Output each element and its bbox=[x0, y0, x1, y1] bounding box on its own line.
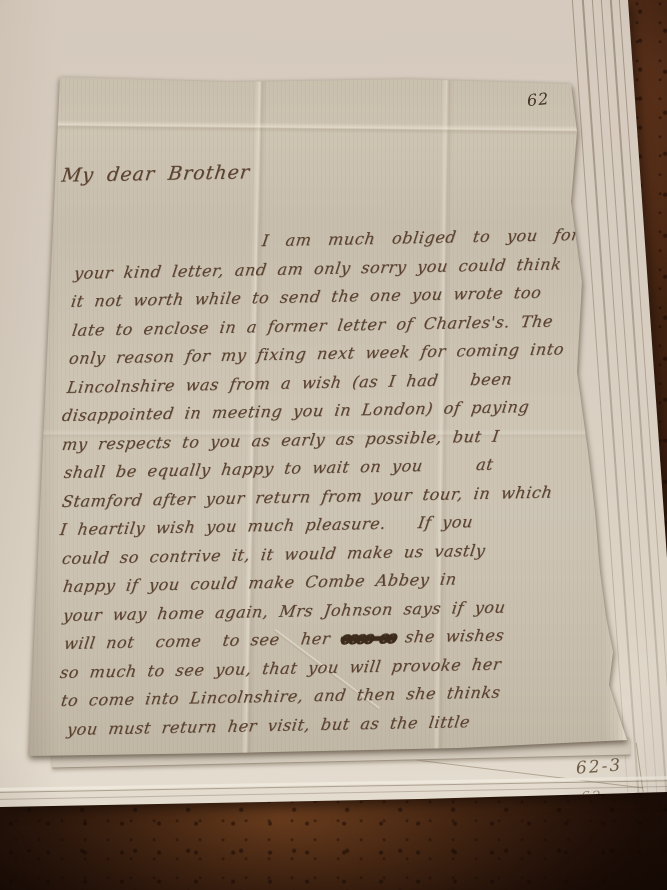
letter-body: I am much obliged to you for your kind l… bbox=[62, 220, 622, 744]
salutation: My dear Brother bbox=[60, 161, 251, 186]
letter-page-wrap: 62 My dear Brother I am much obliged to … bbox=[0, 0, 667, 890]
fold-crease-horizontal bbox=[29, 120, 627, 136]
folio-number: 62 bbox=[526, 89, 550, 110]
letter-line-text: she wishes bbox=[393, 625, 505, 646]
manuscript-photo: 62-3 62- 62 My dear Brother I am much ob… bbox=[0, 0, 667, 890]
letter-line-text: will not come to see her bbox=[63, 629, 343, 653]
scribble-redaction: oooo oo bbox=[339, 624, 397, 654]
letter-page: 62 My dear Brother I am much obliged to … bbox=[29, 77, 627, 756]
